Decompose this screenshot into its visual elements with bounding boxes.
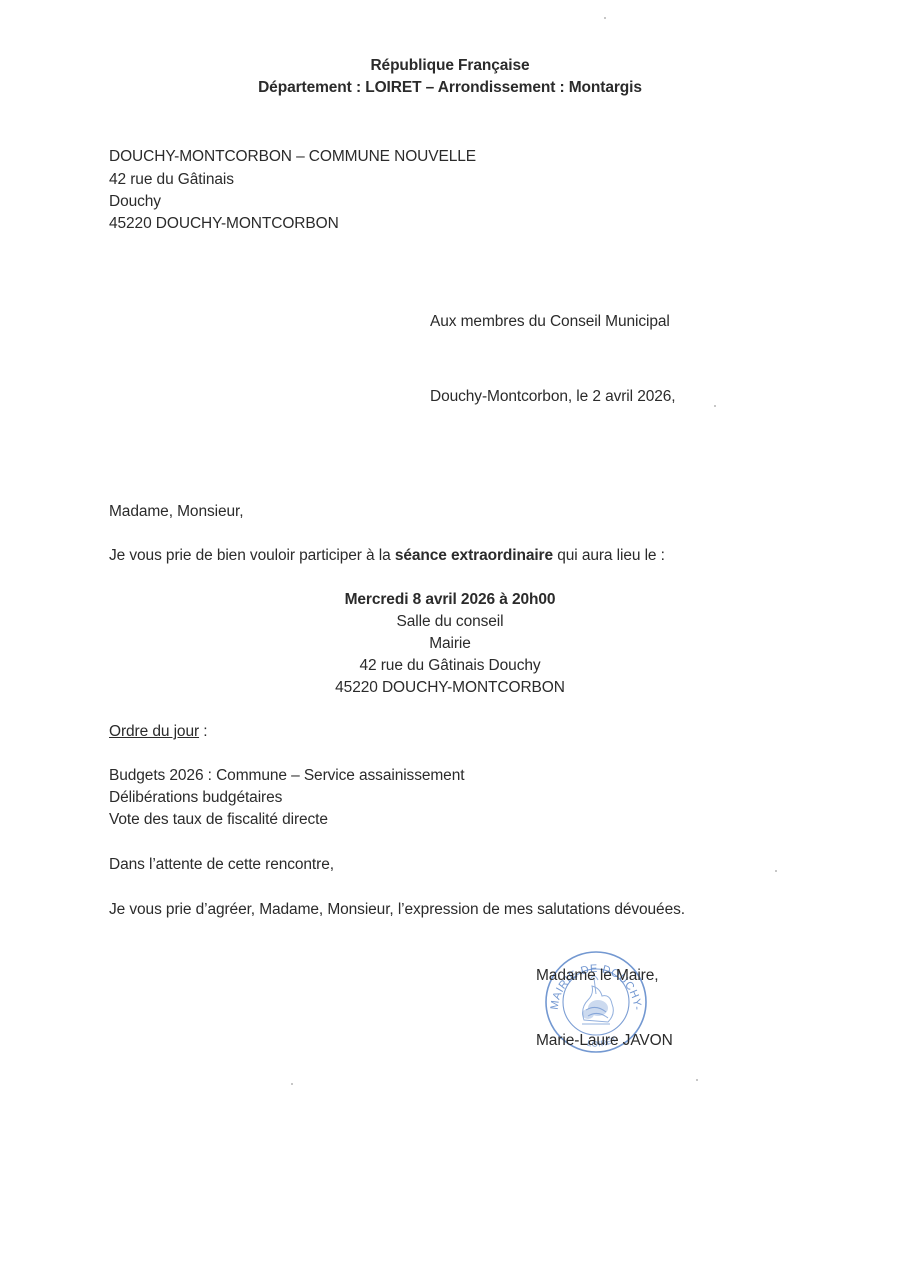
place-date: Douchy-Montcorbon, le 2 avril 2026,: [430, 386, 676, 408]
meeting-datetime: Mercredi 8 avril 2026 à 20h00: [300, 589, 600, 611]
signature-title: Madame le Maire,: [536, 965, 658, 987]
scan-speck: [696, 1079, 698, 1081]
header-departement: Département : LOIRET – Arrondissement : …: [0, 77, 900, 99]
meeting-street: 42 rue du Gâtinais Douchy: [300, 655, 600, 677]
invitation-emphasis: séance extraordinaire: [395, 547, 553, 564]
meeting-room: Salle du conseil: [300, 611, 600, 633]
signature-name: Marie-Laure JAVON: [536, 1030, 673, 1052]
agenda-title-label: Ordre du jour: [109, 723, 199, 740]
agenda-title-suffix: :: [199, 723, 207, 740]
closing-line-1: Dans l’attente de cette rencontre,: [109, 854, 334, 876]
scan-speck: [775, 870, 777, 872]
agenda-title: Ordre du jour :: [109, 721, 207, 743]
agenda-item: Budgets 2026 : Commune – Service assaini…: [109, 765, 464, 787]
invitation-before: Je vous prie de bien vouloir participer …: [109, 547, 395, 564]
invitation-sentence: Je vous prie de bien vouloir participer …: [109, 545, 665, 567]
closing-line-2: Je vous prie d’agréer, Madame, Monsieur,…: [109, 899, 685, 921]
meeting-postal: 45220 DOUCHY-MONTCORBON: [300, 677, 600, 699]
salutation: Madame, Monsieur,: [109, 501, 243, 523]
invitation-after: qui aura lieu le :: [553, 547, 665, 564]
scan-speck: [291, 1083, 293, 1085]
sender-name: DOUCHY-MONTCORBON – COMMUNE NOUVELLE: [109, 146, 476, 168]
agenda-item: Vote des taux de fiscalité directe: [109, 809, 328, 831]
scan-speck: [604, 17, 606, 19]
meeting-building: Mairie: [300, 633, 600, 655]
header-republique: République Française: [0, 55, 900, 77]
sender-postal: 45220 DOUCHY-MONTCORBON: [109, 213, 339, 235]
sender-street: 42 rue du Gâtinais: [109, 169, 234, 191]
scan-speck: [714, 405, 716, 407]
recipient: Aux membres du Conseil Municipal: [430, 311, 670, 333]
agenda-item: Délibérations budgétaires: [109, 787, 282, 809]
sender-locality: Douchy: [109, 191, 161, 213]
